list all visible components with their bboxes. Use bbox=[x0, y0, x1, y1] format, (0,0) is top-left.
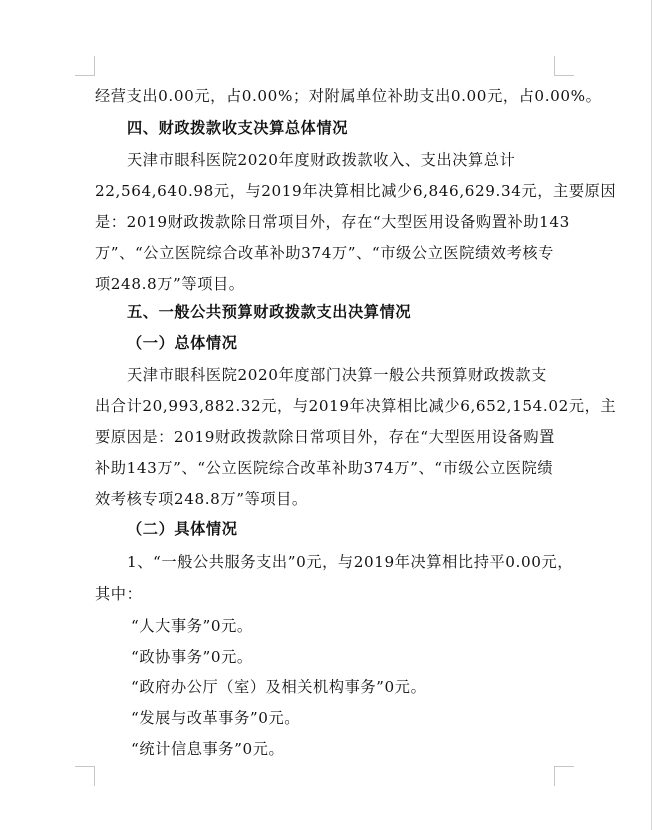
section-heading-4: 四、财政拨款收支决算总体情况 bbox=[127, 118, 348, 138]
paragraph-line: 出合计20,993,882.32元，与2019年决算相比减少6,652,154.… bbox=[95, 396, 616, 416]
list-item: “发展与改革事务”0元。 bbox=[131, 708, 300, 728]
paragraph-line: 项248.8万”等项目。 bbox=[95, 274, 245, 294]
subsection-heading-overall: （一）总体情况 bbox=[127, 333, 238, 353]
paragraph-line: 经营支出0.00元，占0.00%；对附属单位补助支出0.00元，占0.00%。 bbox=[95, 86, 601, 106]
paragraph-line: 要原因是：2019财政拨款除日常项目外，存在“大型医用设备购置 bbox=[95, 427, 555, 447]
section-heading-5: 五、一般公共预算财政拨款支出决算情况 bbox=[127, 302, 411, 322]
paragraph-line: 1、“一般公共服务支出”0元，与2019年决算相比持平0.00元， bbox=[127, 552, 573, 572]
margin-corner-mark-bottom-right bbox=[554, 766, 574, 786]
paragraph-line: 效考核专项248.8万”等项目。 bbox=[95, 489, 308, 509]
subsection-heading-details: （二）具体情况 bbox=[127, 519, 238, 539]
list-item: “统计信息事务”0元。 bbox=[131, 739, 284, 759]
paragraph-line: 天津市眼科医院2020年度财政拨款收入、支出决算总计 bbox=[127, 150, 515, 170]
margin-corner-mark-bottom-left bbox=[75, 766, 95, 786]
paragraph-line: 其中： bbox=[95, 584, 142, 604]
margin-corner-mark-top-right bbox=[554, 56, 574, 76]
paragraph-line: 是：2019财政拨款除日常项目外，存在“大型医用设备购置补助143 bbox=[95, 212, 570, 232]
paragraph-line: 天津市眼科医院2020年度部门决算一般公共预算财政拨款支 bbox=[127, 365, 547, 385]
list-item: “政协事务”0元。 bbox=[131, 647, 253, 667]
paragraph-line: 万”、“公立医院综合改革补助374万”、“市级公立医院绩效考核专 bbox=[95, 243, 554, 263]
margin-corner-mark-top-left bbox=[75, 56, 95, 76]
document-page: 经营支出0.00元，占0.00%；对附属单位补助支出0.00元，占0.00%。 … bbox=[0, 0, 651, 830]
paragraph-line: 22,564,640.98元，与2019年决算相比减少6,846,629.34元… bbox=[95, 181, 616, 201]
list-item: “人大事务”0元。 bbox=[131, 616, 253, 636]
paragraph-line: 补助143万”、“公立医院综合改革补助374万”、“市级公立医院绩 bbox=[95, 458, 553, 478]
list-item: “政府办公厅（室）及相关机构事务”0元。 bbox=[131, 677, 426, 697]
